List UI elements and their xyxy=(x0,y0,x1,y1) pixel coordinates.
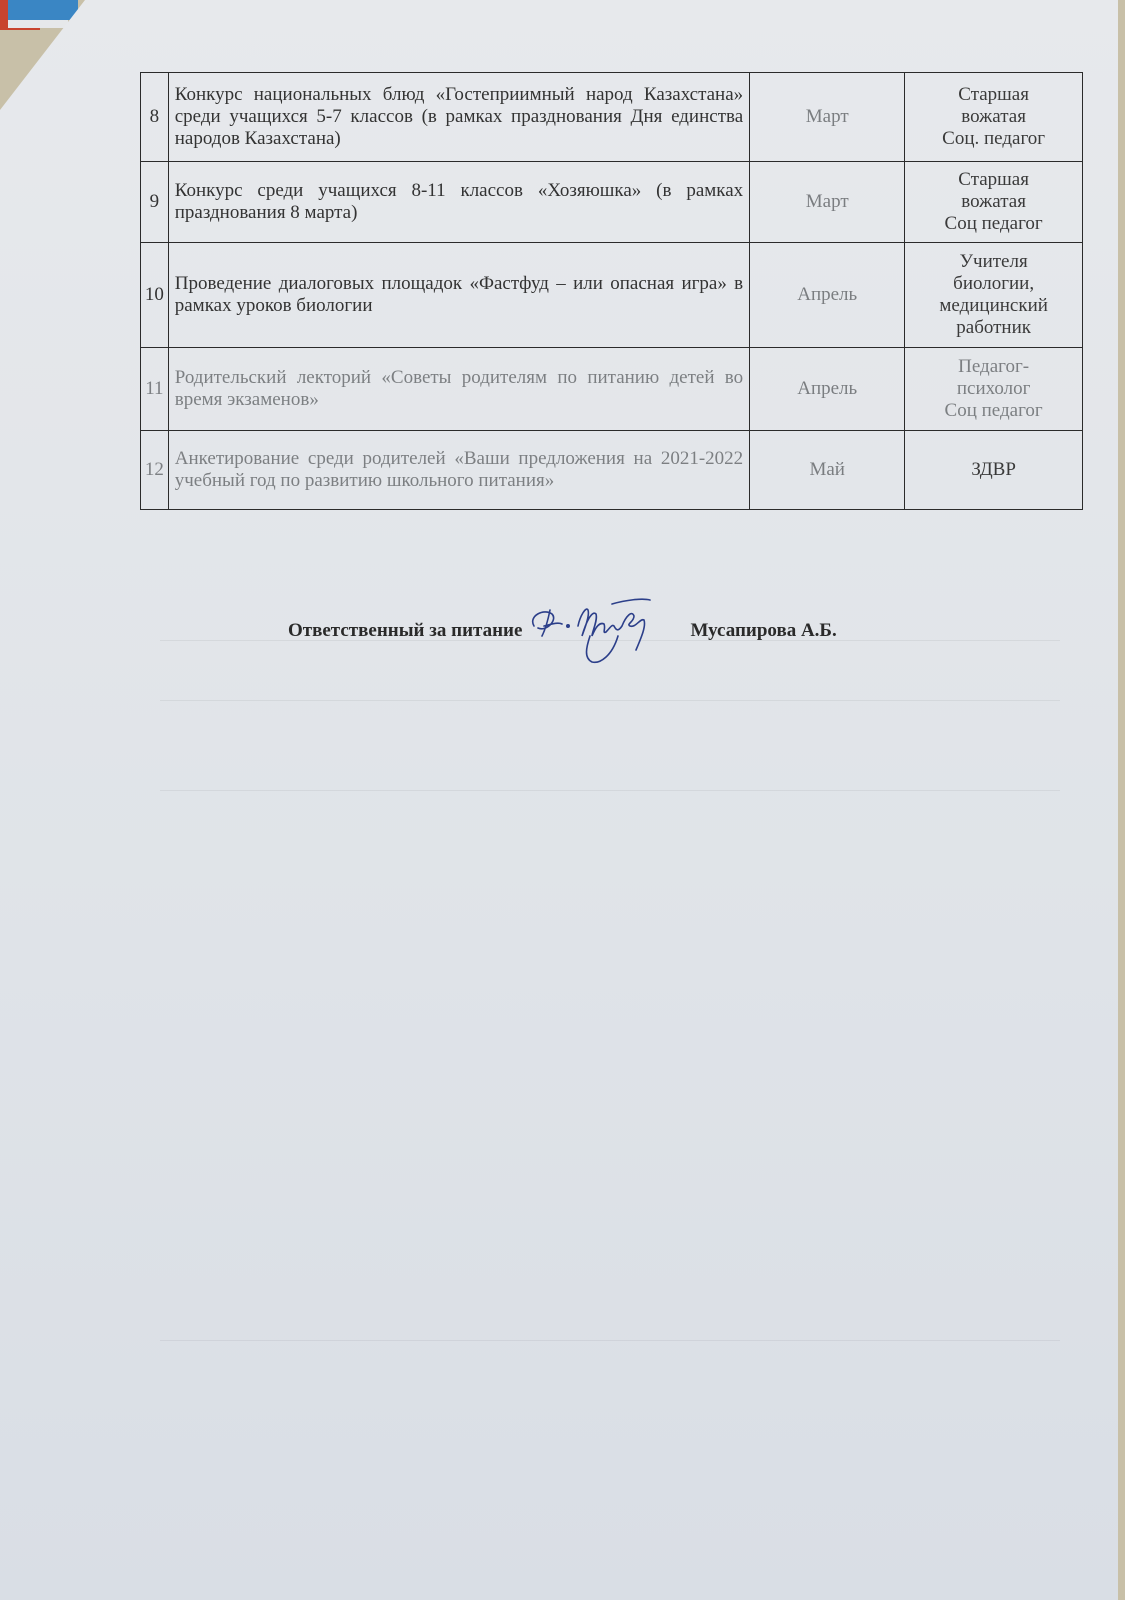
signature-label: Ответственный за питание xyxy=(288,620,522,642)
responsible-person: ЗДВР xyxy=(905,431,1083,510)
responsible-line: психолог xyxy=(911,378,1076,400)
background-object-white xyxy=(8,20,68,28)
event-description: Родительский лекторий «Советы родителям … xyxy=(168,348,749,431)
responsible-line: Соц педагог xyxy=(911,400,1076,422)
responsible-person: Старшая вожатая Соц педагог xyxy=(905,162,1083,243)
row-number: 12 xyxy=(141,431,169,510)
table-row: 9 Конкурс среди учащихся 8-11 классов «Х… xyxy=(141,162,1083,243)
responsible-line: вожатая xyxy=(911,106,1076,128)
table-row: 8 Конкурс национальных блюд «Гостеприимн… xyxy=(141,73,1083,162)
event-date: Май xyxy=(750,431,905,510)
handwritten-signature-icon xyxy=(526,596,676,666)
responsible-line: Старшая xyxy=(911,84,1076,106)
responsible-line: вожатая xyxy=(911,191,1076,213)
responsible-line: ЗДВР xyxy=(911,459,1076,481)
event-date: Апрель xyxy=(750,348,905,431)
responsible-person: Учителя биологии, медицинский работник xyxy=(905,243,1083,348)
responsible-name: Мусапирова А.Б. xyxy=(690,620,836,642)
event-date: Март xyxy=(750,162,905,243)
table-row: 12 Анкетирование среди родителей «Ваши п… xyxy=(141,431,1083,510)
bleed-through-line xyxy=(160,1340,1060,1341)
event-date: Март xyxy=(750,73,905,162)
row-number: 10 xyxy=(141,243,169,348)
responsible-line: Учителя xyxy=(911,251,1076,273)
responsible-person: Педагог- психолог Соц педагог xyxy=(905,348,1083,431)
row-number: 8 xyxy=(141,73,169,162)
table-row: 10 Проведение диалоговых площадок «Фастф… xyxy=(141,243,1083,348)
row-number: 11 xyxy=(141,348,169,431)
responsible-line: Соц педагог xyxy=(911,213,1076,235)
bleed-through-line xyxy=(160,700,1060,701)
signature-block: Ответственный за питание Мусапирова А.Б. xyxy=(288,596,837,666)
responsible-line: Старшая xyxy=(911,169,1076,191)
responsible-line: биологии, xyxy=(911,273,1076,295)
row-number: 9 xyxy=(141,162,169,243)
event-description: Конкурс среди учащихся 8-11 классов «Хоз… xyxy=(168,162,749,243)
responsible-line: Соц. педагог xyxy=(911,128,1076,150)
background-object-blue xyxy=(8,0,78,20)
responsible-line: работник xyxy=(911,317,1076,339)
event-description: Анкетирование среди родителей «Ваши пред… xyxy=(168,431,749,510)
bleed-through-line xyxy=(160,790,1060,791)
responsible-line: Педагог- xyxy=(911,356,1076,378)
responsible-person: Старшая вожатая Соц. педагог xyxy=(905,73,1083,162)
events-table: 8 Конкурс национальных блюд «Гостеприимн… xyxy=(140,72,1083,510)
event-description: Проведение диалоговых площадок «Фастфуд … xyxy=(168,243,749,348)
event-date: Апрель xyxy=(750,243,905,348)
event-description: Конкурс национальных блюд «Гостеприимный… xyxy=(168,73,749,162)
table-row: 11 Родительский лекторий «Советы родител… xyxy=(141,348,1083,431)
responsible-line: медицинский xyxy=(911,295,1076,317)
